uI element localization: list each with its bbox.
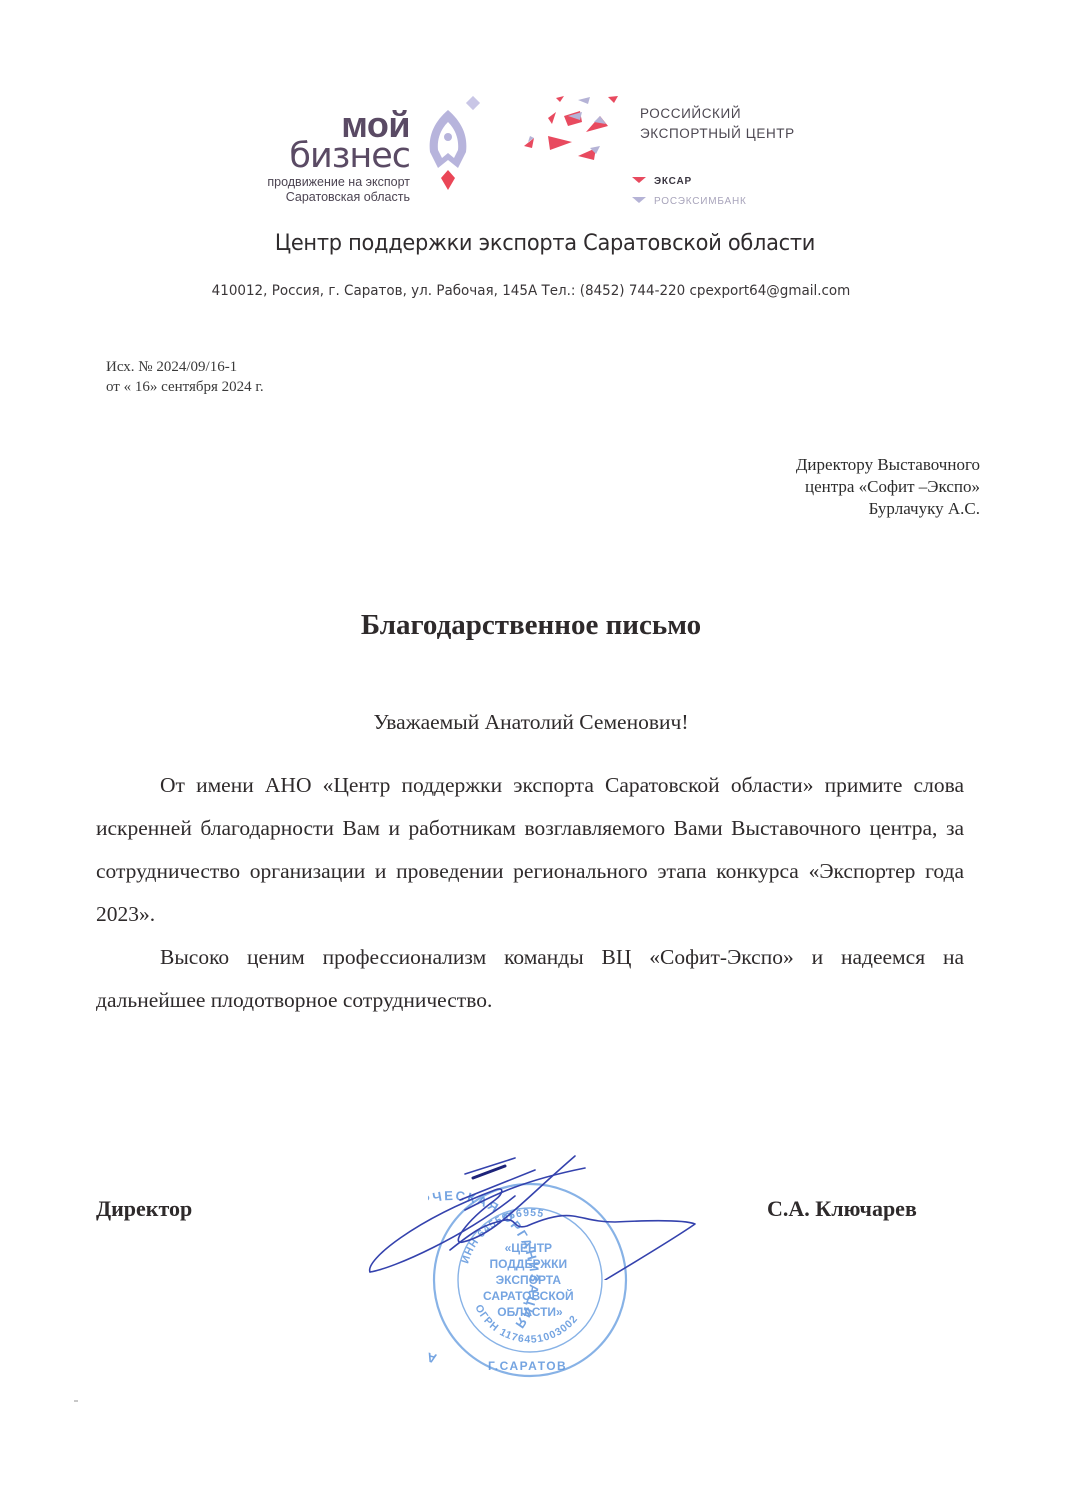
logo-moy-biznes-line2: бизнес: [258, 138, 410, 174]
stamp-center-line: САРАТОВСКОЙ: [483, 1288, 574, 1303]
logo-moy-biznes-tagline2: Саратовская область: [220, 190, 410, 205]
logo-moy-biznes-tagline1: продвижение на экспорт: [220, 175, 410, 190]
outgoing-date: от « 16» сентября 2024 г.: [106, 377, 264, 397]
logo-rec-line1: РОССИЙСКИЙ: [640, 104, 795, 124]
rocket-pin-icon: [424, 96, 486, 194]
triangle-icon: [632, 177, 646, 183]
addressee-line: Директору Выставочного: [796, 454, 980, 476]
addressee-line: центра «Софит –Экспо»: [796, 476, 980, 498]
handwritten-signature: [355, 1150, 700, 1280]
stamp-center-line: ОБЛАСТИ»: [497, 1305, 563, 1319]
body-paragraph: Высоко ценим профессионализм команды ВЦ …: [96, 936, 964, 1022]
logo-rec-name: РОССИЙСКИЙ ЭКСПОРТНЫЙ ЦЕНТР: [640, 104, 795, 144]
organization-contacts: 410012, Россия, г. Саратов, ул. Рабочая,…: [37, 283, 1025, 299]
exar-label: ЭКСАР: [654, 176, 692, 187]
signatory-role: Директор: [96, 1196, 192, 1222]
logo-exar: ЭКСАР: [632, 176, 692, 187]
letter-body: От имени АНО «Центр поддержки экспорта С…: [96, 764, 964, 1022]
organization-title: Центр поддержки экспорта Саратовской обл…: [38, 230, 1052, 256]
addressee-block: Директору Выставочного центра «Софит –Эк…: [796, 454, 980, 520]
stamp-city: Г.САРАТОВ: [488, 1359, 567, 1373]
addressee-line: Бурлачуку А.С.: [796, 498, 980, 520]
body-paragraph: От имени АНО «Центр поддержки экспорта С…: [96, 764, 964, 936]
triangle-icon: [632, 197, 646, 203]
triangles-icon: [516, 94, 626, 162]
roseximbank-label: РОСЭКСИМБАНК: [654, 196, 747, 207]
scan-speck: [74, 1400, 78, 1402]
logo-rec-line2: ЭКСПОРТНЫЙ ЦЕНТР: [640, 124, 795, 144]
salutation: Уважаемый Анатолий Семенович!: [0, 710, 1062, 735]
document-title: Благодарственное письмо: [0, 609, 1062, 642]
logo-roseximbank: РОСЭКСИМБАНК: [632, 196, 747, 207]
signatory-name: С.А. Ключарев: [767, 1196, 917, 1222]
outgoing-number: Исх. № 2024/09/16-1: [106, 357, 237, 377]
